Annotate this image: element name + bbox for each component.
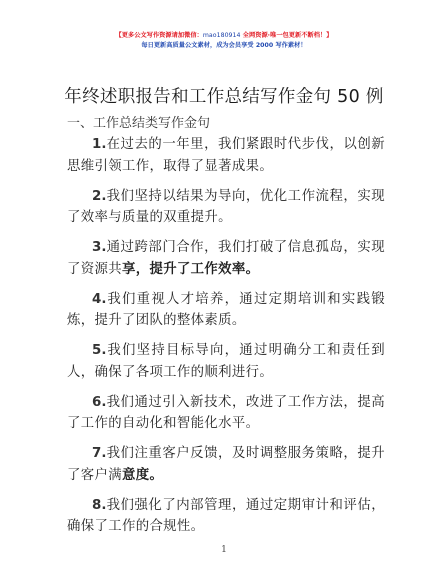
item-text: 我们坚持目标导向，通过明确分工和责任到人，确保了各项工作的顺利进行。 bbox=[67, 343, 385, 380]
document-body: 1.在过去的一年里，我们紧跟时代步伐，以创新思维引领工作，取得了显著成果。 2.… bbox=[67, 134, 385, 546]
item-text: 我们强化了内部管理，通过定期审计和评估，确保了工作的合规性。 bbox=[67, 498, 385, 535]
promo-banner: 【更多公文写作资源请加微信：mao180914 全网资源·唯一包更新不断档！】 … bbox=[0, 31, 448, 51]
item-text: 在过去的一年里，我们紧跟时代步伐，以创新思维引领工作，取得了显著成果。 bbox=[67, 137, 385, 174]
item-number: 6. bbox=[92, 395, 106, 410]
page-number: 1 bbox=[0, 545, 448, 555]
item-number: 1. bbox=[92, 137, 106, 152]
item-number: 3. bbox=[92, 240, 106, 255]
section-heading: 一、工作总结类写作金句 bbox=[67, 112, 210, 131]
item-text: 我们重视人才培养，通过定期培训和实践锻炼，提升了团队的整体素质。 bbox=[67, 292, 385, 329]
list-item: 2.我们坚持以结果为导向，优化工作流程，实现了效率与质量的双重提升。 bbox=[67, 186, 385, 229]
promo-suffix: 全网资源·唯一包更新不断档！】 bbox=[241, 32, 333, 39]
item-number: 4. bbox=[92, 292, 106, 307]
list-item: 6.我们通过引入新技术，改进了工作方法，提高了工作的自动化和智能化水平。 bbox=[67, 392, 385, 435]
wechat-id: mao180914 bbox=[203, 32, 241, 39]
item-number: 5. bbox=[92, 343, 106, 358]
item-bold-text: 享，提升了工作效率。 bbox=[122, 261, 259, 277]
item-number: 7. bbox=[92, 446, 106, 461]
list-item: 8.我们强化了内部管理，通过定期审计和评估，确保了工作的合规性。 bbox=[67, 495, 385, 538]
promo-banner-line1: 【更多公文写作资源请加微信：mao180914 全网资源·唯一包更新不断档！】 bbox=[0, 31, 448, 41]
list-item: 7.我们注重客户反馈，及时调整服务策略，提升了客户满意度。 bbox=[67, 443, 385, 486]
list-item: 1.在过去的一年里，我们紧跟时代步伐，以创新思维引领工作，取得了显著成果。 bbox=[67, 134, 385, 177]
list-item: 5.我们坚持目标导向，通过明确分工和责任到人，确保了各项工作的顺利进行。 bbox=[67, 340, 385, 383]
document-page: 【更多公文写作资源请加微信：mao180914 全网资源·唯一包更新不断档！】 … bbox=[0, 0, 448, 580]
item-text: 我们通过引入新技术，改进了工作方法，提高了工作的自动化和智能化水平。 bbox=[67, 395, 385, 432]
list-item: 3.通过跨部门合作，我们打破了信息孤岛，实现了资源共享，提升了工作效率。 bbox=[67, 237, 385, 280]
item-text: 我们注重客户反馈，及时调整服务策略，提升了客户满 bbox=[67, 446, 385, 483]
document-title: 年终述职报告和工作总结写作金句 50 例 bbox=[0, 83, 448, 108]
item-number: 8. bbox=[92, 498, 106, 513]
item-text: 我们坚持以结果为导向，优化工作流程，实现了效率与质量的双重提升。 bbox=[67, 189, 385, 226]
list-item: 4.我们重视人才培养，通过定期培训和实践锻炼，提升了团队的整体素质。 bbox=[67, 289, 385, 332]
item-bold-text: 意度。 bbox=[122, 467, 163, 483]
item-number: 2. bbox=[92, 189, 106, 204]
promo-prefix: 【更多公文写作资源请加微信： bbox=[116, 32, 203, 39]
promo-banner-line2: 每日更新高质量公文素材，成为会员享受 2000 写作素材！ bbox=[0, 41, 448, 51]
